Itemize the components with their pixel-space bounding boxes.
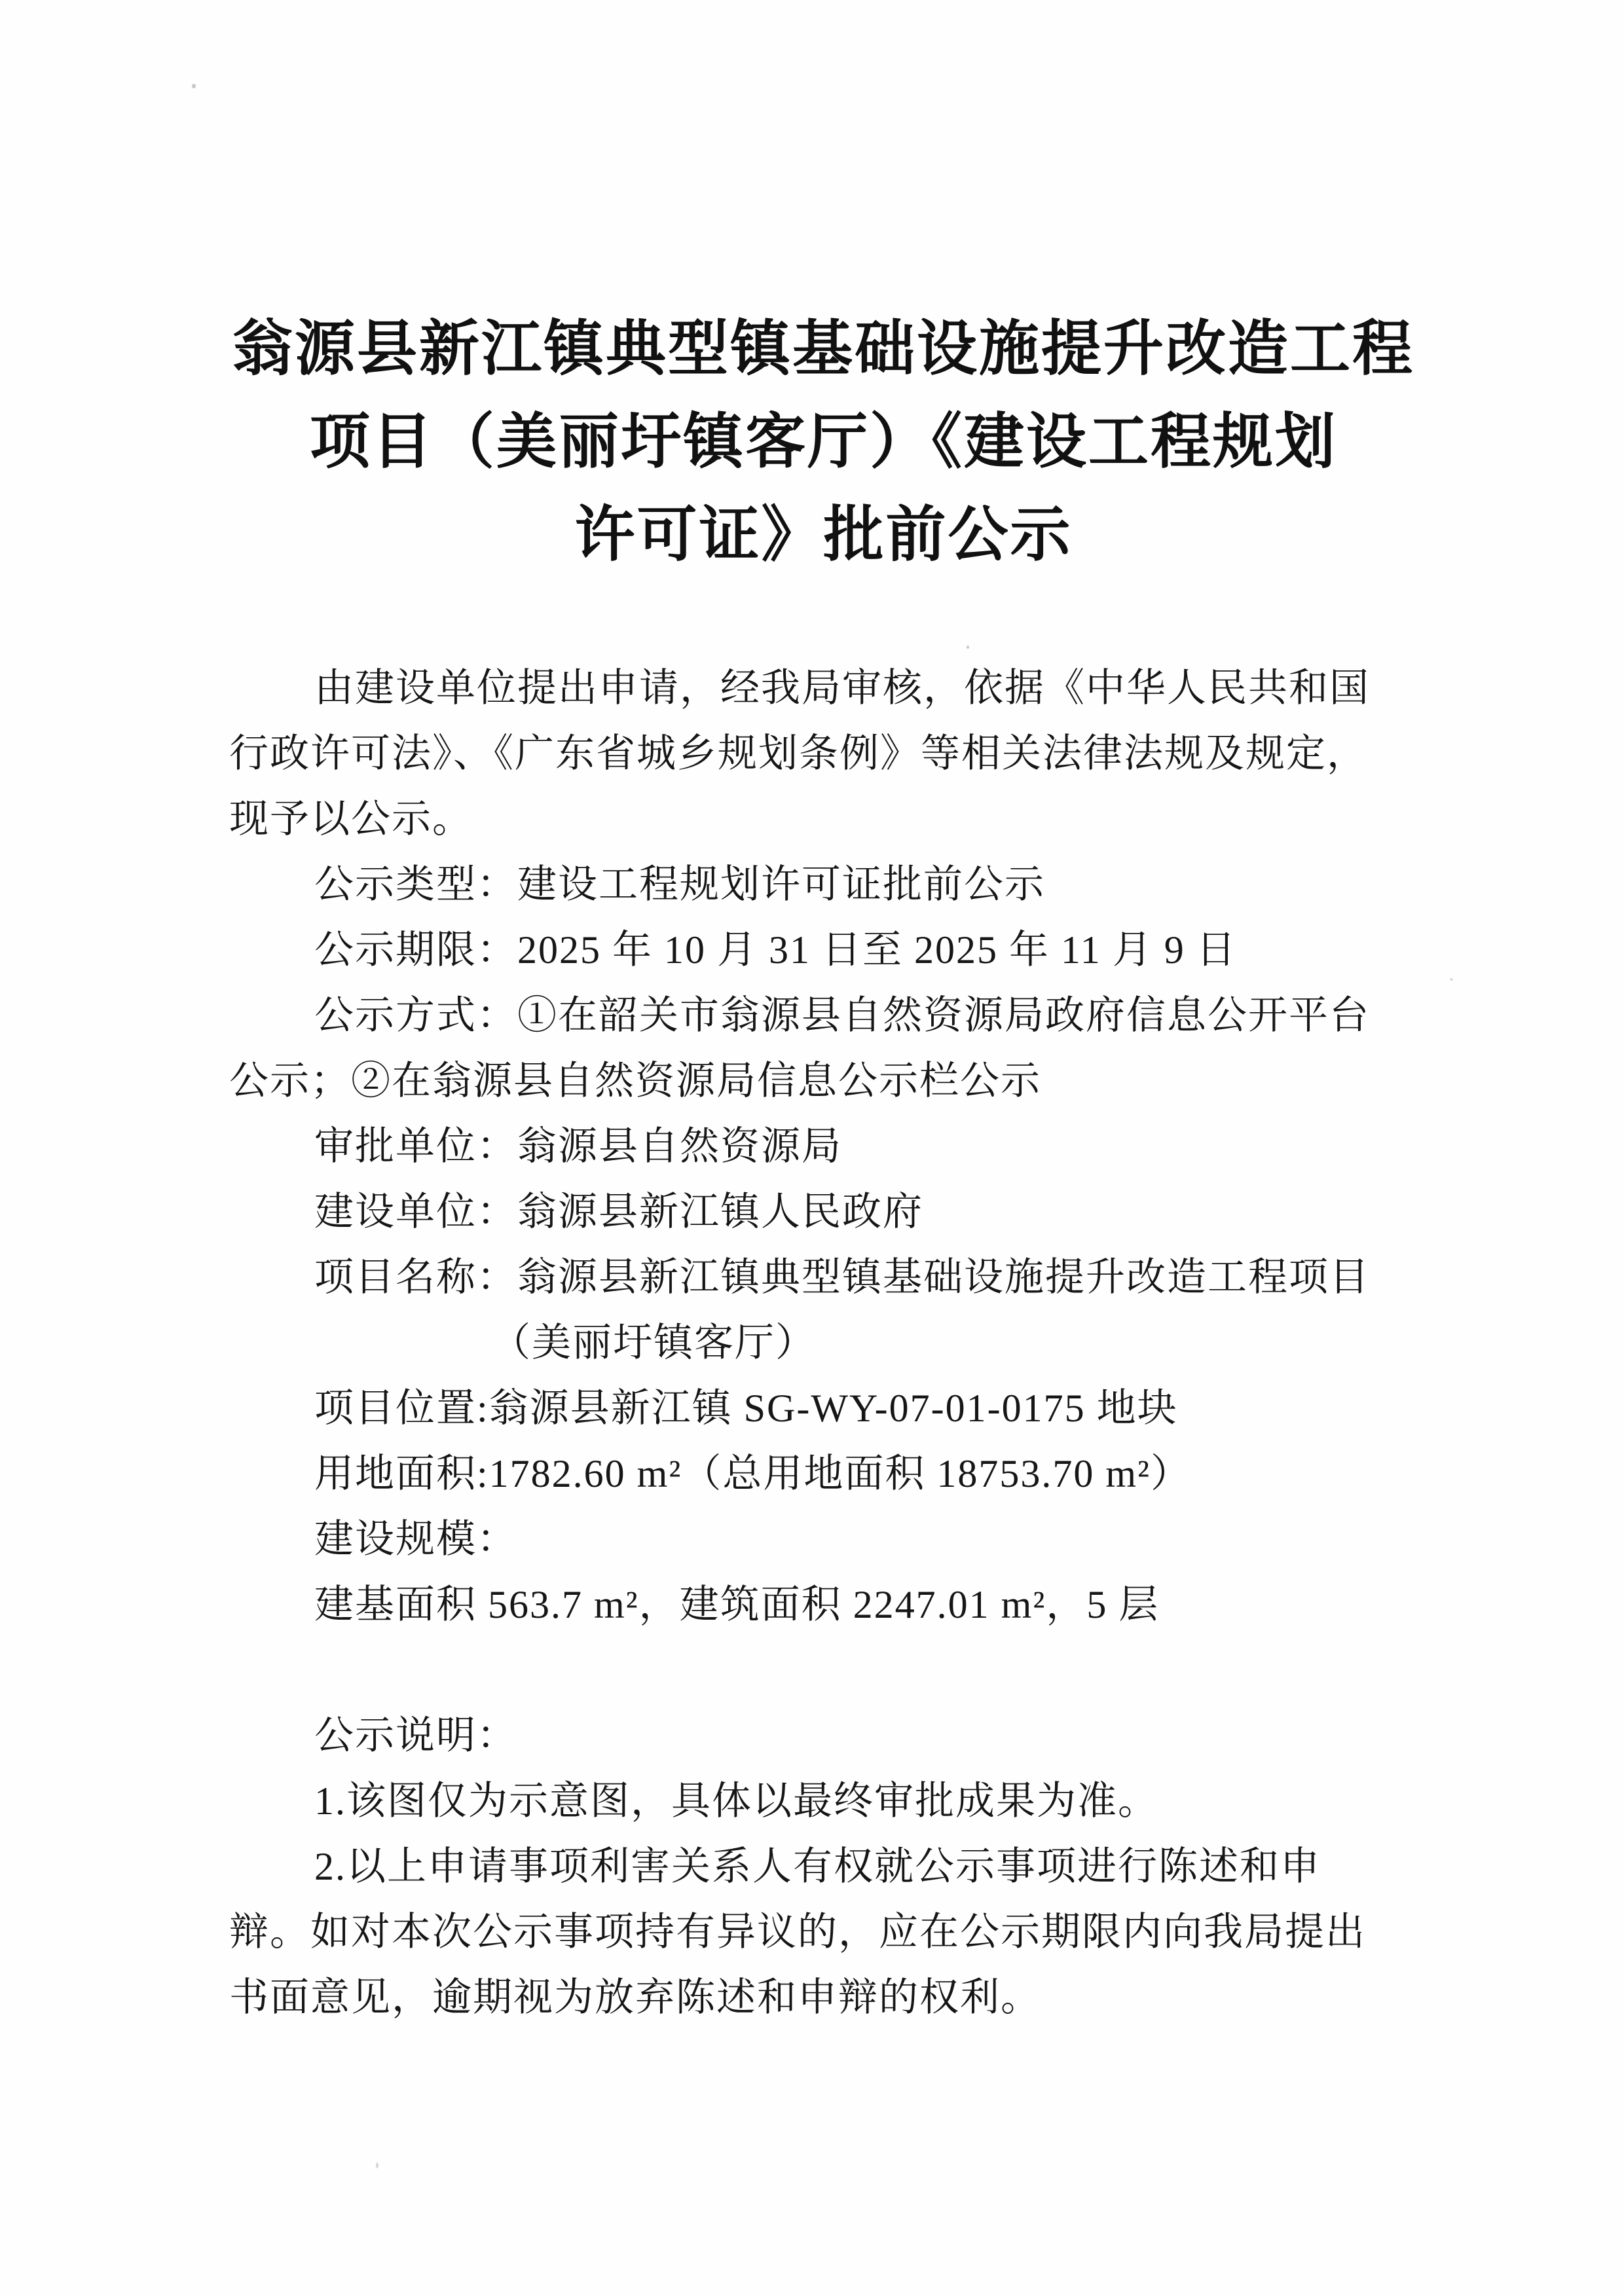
intro-line-1: 由建设单位提出申请，经我局审核，依据《中华人民共和国 — [229, 655, 1420, 721]
project-name-line-2: （美丽圩镇客厅） — [229, 1310, 1420, 1376]
notes-heading: 公示说明： — [229, 1703, 1420, 1768]
title-line-3: 许可证》批前公示 — [229, 488, 1418, 581]
construction-unit-line: 建设单位：翁源县新江镇人民政府 — [229, 1179, 1420, 1245]
project-location-line: 项目位置:翁源县新江镇 SG-WY-07-01-0175 地块 — [229, 1376, 1420, 1441]
notice-method-line-2: 公示；②在翁源县自然资源局信息公示栏公示 — [229, 1048, 1420, 1114]
scan-speck — [376, 2162, 378, 2168]
note-2-line-1: 2.以上申请事项利害关系人有权就公示事项进行陈述和申 — [229, 1834, 1420, 1899]
project-name-line-1: 项目名称：翁源县新江镇典型镇基础设施提升改造工程项目 — [229, 1245, 1420, 1310]
notice-type-line: 公示类型：建设工程规划许可证批前公示 — [229, 852, 1420, 917]
note-1-line: 1.该图仅为示意图，具体以最终审批成果为准。 — [229, 1768, 1420, 1834]
notice-method-line-1: 公示方式：①在韶关市翁源县自然资源局政府信息公开平台 — [229, 983, 1420, 1048]
document-body: 由建设单位提出申请，经我局审核，依据《中华人民共和国 行政许可法》、《广东省城乡… — [229, 655, 1420, 2030]
section-gap — [229, 1637, 1420, 1703]
notice-period-line: 公示期限：2025 年 10 月 31 日至 2025 年 11 月 9 日 — [229, 917, 1420, 983]
document-title: 翁源县新江镇典型镇基础设施提升改造工程 项目（美丽圩镇客厅）《建设工程规划 许可… — [229, 302, 1418, 581]
scan-speck — [1450, 978, 1453, 981]
scanned-notice-page: 翁源县新江镇典型镇基础设施提升改造工程 项目（美丽圩镇客厅）《建设工程规划 许可… — [0, 0, 1624, 2296]
scan-speck — [192, 84, 196, 88]
note-2-line-2: 辩。如对本次公示事项持有异议的，应在公示期限内向我局提出 — [229, 1899, 1420, 1965]
intro-line-2: 行政许可法》、《广东省城乡规划条例》等相关法律法规及规定， — [229, 721, 1420, 786]
note-2-line-3: 书面意见，逾期视为放弃陈述和申辩的权利。 — [229, 1965, 1420, 2030]
approval-authority-line: 审批单位：翁源县自然资源局 — [229, 1114, 1420, 1179]
title-line-1: 翁源县新江镇典型镇基础设施提升改造工程 — [229, 302, 1418, 395]
intro-line-3: 现予以公示。 — [229, 786, 1420, 852]
construction-scale-detail: 建基面积 563.7 m²，建筑面积 2247.01 m²，5 层 — [229, 1572, 1420, 1637]
land-area-line: 用地面积:1782.60 m²（总用地面积 18753.70 m²） — [229, 1441, 1420, 1506]
scan-speck — [967, 646, 969, 649]
construction-scale-label: 建设规模： — [229, 1506, 1420, 1572]
title-line-2: 项目（美丽圩镇客厅）《建设工程规划 — [229, 395, 1418, 488]
